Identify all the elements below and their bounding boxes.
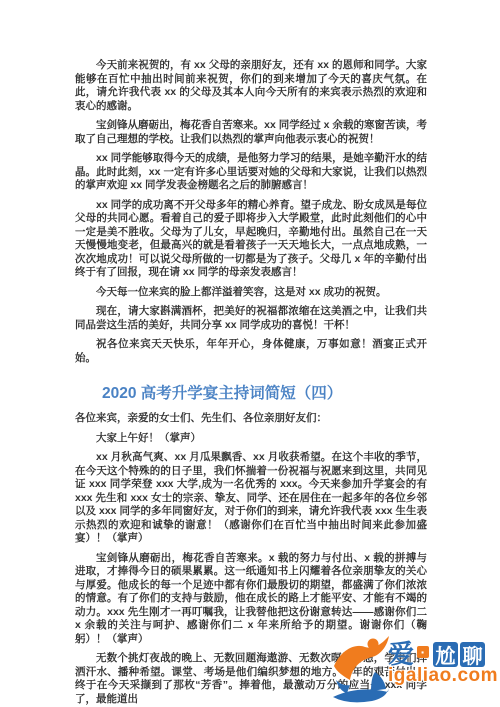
brand-lockup: 爱 · 尬 聊 igaliao.com	[388, 641, 498, 687]
article-page: 今天前来祝贺的，有 xx 父母的亲朋好友，还有 xx 的恩师和同学。大家能够在百…	[0, 0, 500, 707]
brand-char-ga: 尬	[433, 642, 458, 667]
paragraph: 今天前来祝贺的，有 xx 父母的亲朋好友，还有 xx 的恩师和同学。大家能够在百…	[75, 59, 427, 113]
brand-char-ai: 爱	[388, 641, 414, 668]
igaliao-watermark: 爱 · 尬 聊 igaliao.com	[332, 634, 492, 706]
paragraph-salutation: 各位来宾，亲爱的女士们、先生们、各位亲朋好友们：	[75, 412, 427, 426]
paragraph: 祝各位来宾天天快乐，年年开心，身体健康，万事如意！酒宴正式开始。	[75, 338, 427, 365]
brand-url: igaliao.com	[388, 665, 498, 687]
brand-char-liao: 聊	[460, 642, 485, 667]
runner-logo-icon	[332, 635, 390, 703]
paragraph: 今天每一位来宾的脸上都洋溢着笑容，这是对 xx 成功的祝贺。	[75, 286, 427, 300]
brand-dot-tile: ·	[417, 646, 429, 658]
paragraph: xx 同学能够取得今天的成绩，是他努力学习的结果，是她辛勤汗水的结晶。此时此刻，…	[75, 152, 427, 193]
paragraph: xx 月秋高气爽、xx 月瓜果飘香、xx 月收获希望。在这个丰收的季节，在今天这…	[75, 451, 427, 546]
paragraph: 宝剑锋从磨砺出，梅花香自苦寒来。xx 同学经过 x 余载的寒窗苦读，考取了自己理…	[75, 119, 427, 146]
article-content: 今天前来祝贺的，有 xx 父母的亲朋好友，还有 xx 的恩师和同学。大家能够在百…	[75, 0, 427, 706]
paragraph: 大家上午好！（掌声）	[75, 432, 427, 446]
brand-name-row: 爱 · 尬 聊	[388, 641, 498, 668]
brand-dot: ·	[421, 646, 426, 658]
section-title: 2020 高考升学宴主持词简短（四）	[75, 384, 427, 403]
paragraph: xx 同学的成功离不开父母多年的精心养育。望子成龙、盼女成凤是每位父母的共同心愿…	[75, 199, 427, 280]
paragraph: 宝剑锋从磨砺出，梅花香自苦寒来。x 载的努力与付出、x 载的拼搏与进取，才捧得今…	[75, 552, 427, 647]
paragraph: 现在，请大家斟满酒杯，把美好的祝福都浓缩在这美酒之中，让我们共同品尝这生活的美好…	[75, 305, 427, 332]
